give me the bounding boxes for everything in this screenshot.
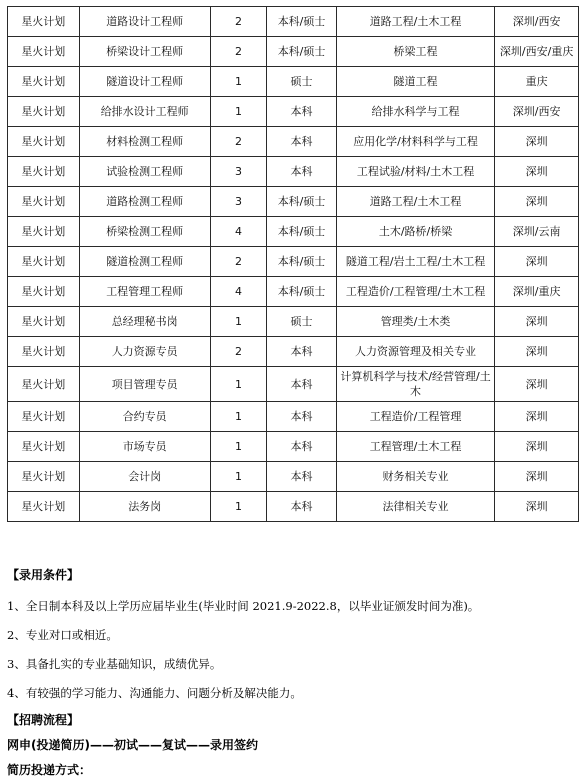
location-cell: 深圳 (495, 337, 579, 367)
plan-cell: 星火计划 (8, 97, 80, 127)
education-cell: 本科 (267, 97, 337, 127)
major-cell: 隧道工程 (336, 67, 494, 97)
position-cell: 试验检测工程师 (79, 157, 210, 187)
major-cell: 计算机科学与技术/经营管理/土木 (336, 367, 494, 402)
position-cell: 工程管理工程师 (79, 277, 210, 307)
conditions-heading: 【录用条件】 (7, 566, 79, 583)
education-cell: 本科 (267, 157, 337, 187)
major-cell: 道路工程/土木工程 (336, 187, 494, 217)
headcount-cell: 1 (210, 97, 266, 127)
condition-item-3: 3、具备扎实的专业基础知识，成绩优异。 (7, 656, 221, 672)
location-cell: 深圳 (495, 462, 579, 492)
location-cell: 深圳 (495, 307, 579, 337)
headcount-cell: 3 (210, 157, 266, 187)
location-cell: 深圳 (495, 402, 579, 432)
plan-cell: 星火计划 (8, 247, 80, 277)
plan-cell: 星火计划 (8, 277, 80, 307)
location-cell: 深圳/云南 (495, 217, 579, 247)
headcount-cell: 2 (210, 127, 266, 157)
process-steps: 网申(投递简历)——初试——复试——录用签约 (7, 736, 258, 753)
position-cell: 隧道检测工程师 (79, 247, 210, 277)
major-cell: 工程造价/工程管理 (336, 402, 494, 432)
education-cell: 本科/硕士 (267, 187, 337, 217)
education-cell: 本科 (267, 127, 337, 157)
table-row: 星火计划隧道设计工程师1硕士隧道工程重庆 (8, 67, 579, 97)
table-row: 星火计划项目管理专员1本科计算机科学与技术/经营管理/土木深圳 (8, 367, 579, 402)
education-cell: 本科/硕士 (267, 277, 337, 307)
positions-table-body: 星火计划道路设计工程师2本科/硕士道路工程/土木工程深圳/西安星火计划桥梁设计工… (8, 7, 579, 522)
education-cell: 本科 (267, 432, 337, 462)
plan-cell: 星火计划 (8, 37, 80, 67)
position-cell: 给排水设计工程师 (79, 97, 210, 127)
position-cell: 桥梁设计工程师 (79, 37, 210, 67)
table-row: 星火计划给排水设计工程师1本科给排水科学与工程深圳/西安 (8, 97, 579, 127)
education-cell: 硕士 (267, 307, 337, 337)
plan-cell: 星火计划 (8, 337, 80, 367)
position-cell: 道路检测工程师 (79, 187, 210, 217)
table-row: 星火计划法务岗1本科法律相关专业深圳 (8, 492, 579, 522)
education-cell: 本科 (267, 462, 337, 492)
position-cell: 会计岗 (79, 462, 210, 492)
position-cell: 合约专员 (79, 402, 210, 432)
headcount-cell: 2 (210, 247, 266, 277)
plan-cell: 星火计划 (8, 367, 80, 402)
table-row: 星火计划工程管理工程师4本科/硕士工程造价/工程管理/土木工程深圳/重庆 (8, 277, 579, 307)
position-cell: 材料检测工程师 (79, 127, 210, 157)
education-cell: 硕士 (267, 67, 337, 97)
headcount-cell: 1 (210, 367, 266, 402)
location-cell: 深圳 (495, 367, 579, 402)
location-cell: 深圳/西安/重庆 (495, 37, 579, 67)
education-cell: 本科/硕士 (267, 217, 337, 247)
position-cell: 隧道设计工程师 (79, 67, 210, 97)
table-row: 星火计划道路检测工程师3本科/硕士道路工程/土木工程深圳 (8, 187, 579, 217)
headcount-cell: 1 (210, 432, 266, 462)
headcount-cell: 4 (210, 217, 266, 247)
major-cell: 工程造价/工程管理/土木工程 (336, 277, 494, 307)
positions-table: 星火计划道路设计工程师2本科/硕士道路工程/土木工程深圳/西安星火计划桥梁设计工… (7, 6, 579, 522)
resume-submission-label: 简历投递方式： (7, 761, 91, 778)
plan-cell: 星火计划 (8, 157, 80, 187)
education-cell: 本科 (267, 337, 337, 367)
condition-item-4: 4、有较强的学习能力、沟通能力、问题分析及解决能力。 (7, 685, 302, 701)
table-row: 星火计划市场专员1本科工程管理/土木工程深圳 (8, 432, 579, 462)
major-cell: 土木/路桥/桥梁 (336, 217, 494, 247)
headcount-cell: 1 (210, 402, 266, 432)
process-heading: 【招聘流程】 (7, 711, 79, 728)
major-cell: 给排水科学与工程 (336, 97, 494, 127)
major-cell: 财务相关专业 (336, 462, 494, 492)
education-cell: 本科/硕士 (267, 37, 337, 67)
education-cell: 本科 (267, 367, 337, 402)
major-cell: 人力资源管理及相关专业 (336, 337, 494, 367)
location-cell: 深圳 (495, 492, 579, 522)
headcount-cell: 2 (210, 37, 266, 67)
table-row: 星火计划材料检测工程师2本科应用化学/材料科学与工程深圳 (8, 127, 579, 157)
major-cell: 管理类/土木类 (336, 307, 494, 337)
major-cell: 隧道工程/岩土工程/土木工程 (336, 247, 494, 277)
education-cell: 本科/硕士 (267, 7, 337, 37)
headcount-cell: 3 (210, 187, 266, 217)
position-cell: 项目管理专员 (79, 367, 210, 402)
plan-cell: 星火计划 (8, 217, 80, 247)
headcount-cell: 1 (210, 67, 266, 97)
plan-cell: 星火计划 (8, 67, 80, 97)
education-cell: 本科/硕士 (267, 247, 337, 277)
major-cell: 道路工程/土木工程 (336, 7, 494, 37)
major-cell: 桥梁工程 (336, 37, 494, 67)
position-cell: 人力资源专员 (79, 337, 210, 367)
major-cell: 工程管理/土木工程 (336, 432, 494, 462)
education-cell: 本科 (267, 492, 337, 522)
headcount-cell: 1 (210, 462, 266, 492)
headcount-cell: 2 (210, 337, 266, 367)
table-row: 星火计划桥梁设计工程师2本科/硕士桥梁工程深圳/西安/重庆 (8, 37, 579, 67)
table-row: 星火计划隧道检测工程师2本科/硕士隧道工程/岩土工程/土木工程深圳 (8, 247, 579, 277)
location-cell: 深圳 (495, 127, 579, 157)
table-row: 星火计划人力资源专员2本科人力资源管理及相关专业深圳 (8, 337, 579, 367)
plan-cell: 星火计划 (8, 127, 80, 157)
location-cell: 深圳/重庆 (495, 277, 579, 307)
headcount-cell: 1 (210, 492, 266, 522)
table-row: 星火计划会计岗1本科财务相关专业深圳 (8, 462, 579, 492)
location-cell: 深圳 (495, 187, 579, 217)
position-cell: 总经理秘书岗 (79, 307, 210, 337)
headcount-cell: 2 (210, 7, 266, 37)
location-cell: 重庆 (495, 67, 579, 97)
education-cell: 本科 (267, 402, 337, 432)
major-cell: 应用化学/材料科学与工程 (336, 127, 494, 157)
plan-cell: 星火计划 (8, 462, 80, 492)
plan-cell: 星火计划 (8, 432, 80, 462)
table-row: 星火计划试验检测工程师3本科工程试验/材料/土木工程深圳 (8, 157, 579, 187)
location-cell: 深圳 (495, 157, 579, 187)
plan-cell: 星火计划 (8, 7, 80, 37)
table-row: 星火计划总经理秘书岗1硕士管理类/土木类深圳 (8, 307, 579, 337)
plan-cell: 星火计划 (8, 307, 80, 337)
headcount-cell: 1 (210, 307, 266, 337)
location-cell: 深圳 (495, 247, 579, 277)
plan-cell: 星火计划 (8, 187, 80, 217)
table-row: 星火计划道路设计工程师2本科/硕士道路工程/土木工程深圳/西安 (8, 7, 579, 37)
table-row: 星火计划桥梁检测工程师4本科/硕士土木/路桥/桥梁深圳/云南 (8, 217, 579, 247)
location-cell: 深圳/西安 (495, 7, 579, 37)
position-cell: 市场专员 (79, 432, 210, 462)
position-cell: 道路设计工程师 (79, 7, 210, 37)
table-row: 星火计划合约专员1本科工程造价/工程管理深圳 (8, 402, 579, 432)
condition-item-2: 2、专业对口或相近。 (7, 627, 118, 643)
headcount-cell: 4 (210, 277, 266, 307)
position-cell: 法务岗 (79, 492, 210, 522)
major-cell: 工程试验/材料/土木工程 (336, 157, 494, 187)
major-cell: 法律相关专业 (336, 492, 494, 522)
position-cell: 桥梁检测工程师 (79, 217, 210, 247)
plan-cell: 星火计划 (8, 402, 80, 432)
location-cell: 深圳 (495, 432, 579, 462)
location-cell: 深圳/西安 (495, 97, 579, 127)
condition-item-1: 1、全日制本科及以上学历应届毕业生(毕业时间 2021.9-2022.8，以毕业… (7, 598, 479, 614)
plan-cell: 星火计划 (8, 492, 80, 522)
